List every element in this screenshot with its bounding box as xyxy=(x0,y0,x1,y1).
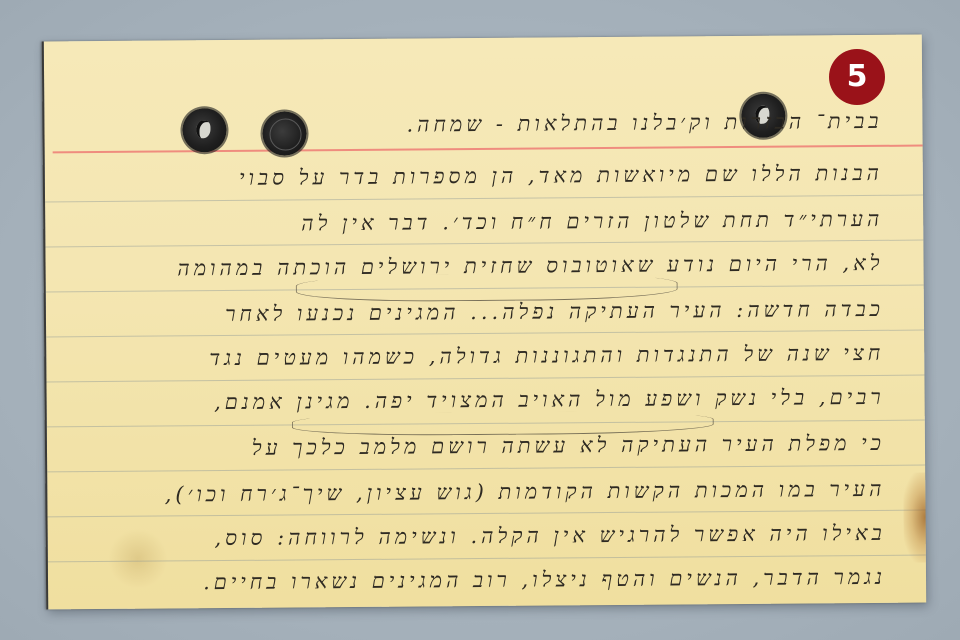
handwritten-line: כי מפלת העיר העתיקה לא עשתה רושם מלמב כל… xyxy=(252,431,885,461)
number-badge: 5 xyxy=(829,49,885,105)
handwritten-line: הבנות הללו שם מיואשות מאד, הן מספרות בדר… xyxy=(239,161,883,191)
ruled-line xyxy=(46,375,924,383)
handwritten-line: העיר במו המכות הקשות הקודמות (גוש עציון,… xyxy=(165,477,886,508)
ruled-line xyxy=(48,555,926,563)
handwritten-line: באילו היה אפשר להרגיש אין הקלה. ונשימה ל… xyxy=(214,521,885,551)
ruled-line xyxy=(45,240,923,248)
punch-hole xyxy=(262,111,306,155)
handwritten-line: כבדה חדשה: העיר העתיקה נפלה... המגינים נ… xyxy=(225,297,884,327)
punch-hole xyxy=(182,108,226,152)
handwritten-header: בבית־ הבזרות וק׳בלנו בהתלאות - שמחה. xyxy=(406,109,882,138)
handwritten-line: חצי שנה של התנגדות והתגוננות גדולה, כשמה… xyxy=(209,341,884,371)
ruled-line xyxy=(46,330,924,338)
ruled-line xyxy=(45,195,923,203)
handwritten-line: נגמר הדבר, הנשים והטף ניצלו, רוב המגינים… xyxy=(203,565,886,595)
handwritten-line: הערתי״ד תחת שלטון הזרים ח״ח וכד׳. דבר אי… xyxy=(301,207,883,237)
paper-stain xyxy=(108,528,168,588)
index-card: בבית־ הבזרות וק׳בלנו בהתלאות - שמחה. הבנ… xyxy=(42,35,926,610)
ruled-line xyxy=(48,510,926,518)
ruled-line xyxy=(47,465,925,473)
header-red-rule xyxy=(53,145,923,154)
